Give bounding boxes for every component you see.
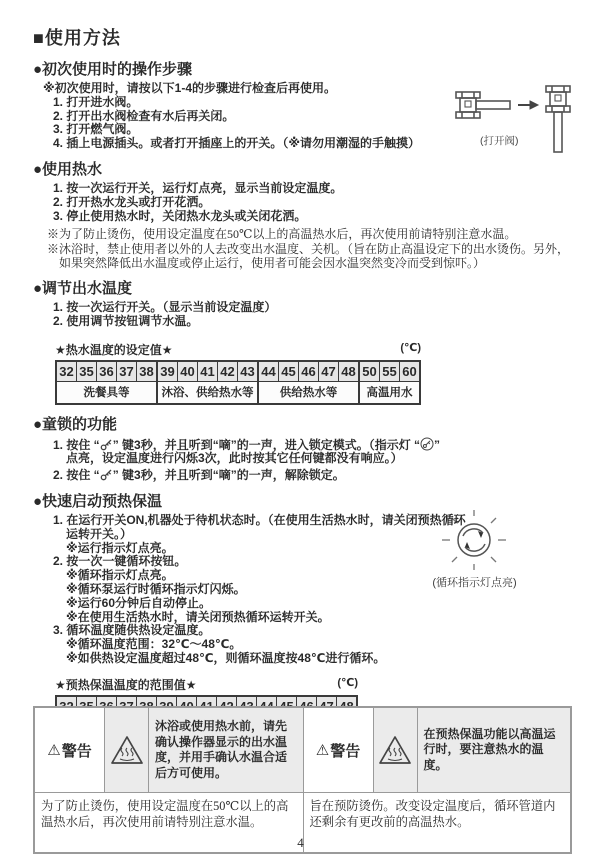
warning-triangle-icon: ⚠ bbox=[47, 741, 60, 759]
child-lock-step: 2. 按住 “” 键3秒，并且听到“嘀”的一声，解除锁定。 bbox=[53, 468, 573, 483]
warning-label: 警告 bbox=[62, 740, 92, 761]
preheat-temp-table-title: ★预热保温温度的范围值★ bbox=[55, 676, 358, 693]
key-icon bbox=[100, 438, 113, 451]
section-use-hot-water-heading: ●使用热水 bbox=[33, 158, 573, 179]
hot-water-temp-table: 32 35 36 37 38 39 40 41 42 43 44 45 46 4… bbox=[55, 360, 421, 405]
preheat-line: ※循环温度范围：32℃～48℃。 bbox=[66, 638, 573, 652]
first-use-step: 1. 打开进水阀。 bbox=[53, 96, 573, 110]
hot-water-caution: ※沐浴时，禁止使用者以外的人去改变出水温度、关机。（旨在防止高温设定下的出水烫伤… bbox=[47, 242, 575, 270]
hot-water-step: 2. 打开热水龙头或打开花洒。 bbox=[53, 196, 573, 210]
section-first-use-heading: ●初次使用时的操作步骤 bbox=[33, 58, 573, 79]
warning-badge: ⚠警告 bbox=[304, 708, 374, 792]
hot-surface-triangle-icon bbox=[105, 708, 149, 792]
warning-left: ⚠警告 沐浴或使用热水前，请先确认操作器显示的出水温度，并用手确认水温合适后方可… bbox=[35, 708, 303, 852]
table-row: 洗餐具等 沐浴、供给热水等 供给热水等 高温用水 bbox=[56, 381, 420, 404]
lock-indicator-icon bbox=[420, 437, 434, 451]
hot-water-step: 1. 按一次运行开关，运行灯点亮，显示当前设定温度。 bbox=[53, 182, 573, 196]
preheat-line: ※循环泵运行时循环指示灯闪烁。 bbox=[66, 583, 573, 597]
adjust-temp-step: 2. 使用调节按钮调节水温。 bbox=[53, 315, 573, 329]
warning-right: ⚠警告 在预热保温功能以高温运行时，要注意热水的温度。 旨在预防烫伤。改变设定温… bbox=[303, 708, 571, 852]
adjust-temp-step: 1. 按一次运行开关。（显示当前设定温度） bbox=[53, 301, 573, 315]
warning-text: 沐浴或使用热水前，请先确认操作器显示的出水温度，并用手确认水温合适后方可使用。 bbox=[149, 708, 303, 792]
warning-badge: ⚠警告 bbox=[35, 708, 105, 792]
section-child-lock-heading: ●童锁的功能 bbox=[33, 413, 573, 434]
table-row: 32 35 36 37 38 39 40 41 42 43 44 45 46 4… bbox=[56, 361, 420, 382]
first-use-step: 4. 插上电源插头。或者打开插座上的开关。（※请勿用潮湿的手触摸） bbox=[53, 137, 573, 151]
preheat-line: ※运行60分钟后自动停止。 bbox=[66, 597, 573, 611]
manual-page: (打开阀) (循环指示灯点亮) bbox=[0, 0, 601, 859]
hot-water-temp-table-title: ★热水温度的设定值★ bbox=[55, 341, 421, 358]
preheat-line: 1. 在运行开关ON,机器处于待机状态时。（在使用生活热水时，请关闭预热循环 bbox=[53, 514, 573, 528]
first-use-note: ※初次使用时，请按以下1-4的步骤进行检查后再使用。 bbox=[43, 82, 573, 96]
hot-surface-triangle-icon bbox=[374, 708, 418, 792]
page-title: ■使用方法 bbox=[33, 24, 573, 50]
warning-text: 在预热保温功能以高温运行时，要注意热水的温度。 bbox=[418, 708, 571, 792]
warning-triangle-icon: ⚠ bbox=[316, 741, 329, 759]
celsius-unit-label: (℃) bbox=[400, 341, 421, 354]
page-number: 4 bbox=[0, 835, 601, 851]
warning-table: ⚠警告 沐浴或使用热水前，请先确认操作器显示的出水温度，并用手确认水温合适后方可… bbox=[33, 706, 572, 854]
key-icon bbox=[100, 468, 113, 481]
celsius-unit-label: (℃) bbox=[337, 676, 358, 689]
hot-water-caution: ※为了防止烫伤，使用设定温度在50℃以上的高温热水后，再次使用前请特别注意水温。 bbox=[47, 227, 573, 241]
section-adjust-temp-heading: ●调节出水温度 bbox=[33, 277, 573, 298]
hot-water-step: 3. 停止使用热水时，关闭热水龙头或关闭花洒。 bbox=[53, 210, 573, 224]
preheat-line: 运转开关。） bbox=[66, 528, 573, 542]
section-preheat-heading: ●快速启动预热保温 bbox=[33, 490, 573, 511]
preheat-line: ※循环指示灯点亮。 bbox=[66, 569, 573, 583]
warning-label: 警告 bbox=[330, 740, 360, 761]
preheat-line: ※如供热设定温度超过48℃，则循环温度按48℃进行循环。 bbox=[66, 652, 573, 666]
child-lock-step-cont: 点亮，设定温度进行闪烁3次，此时按其它任何键都没有响应。） bbox=[66, 452, 573, 466]
child-lock-step: 1. 按住 “” 键3秒，并且听到“嘀”的一声，进入锁定模式。（指示灯 “” bbox=[53, 437, 573, 453]
hot-water-temp-table-block: ★热水温度的设定值★ (℃) 32 35 36 37 38 39 40 41 4… bbox=[55, 341, 421, 405]
